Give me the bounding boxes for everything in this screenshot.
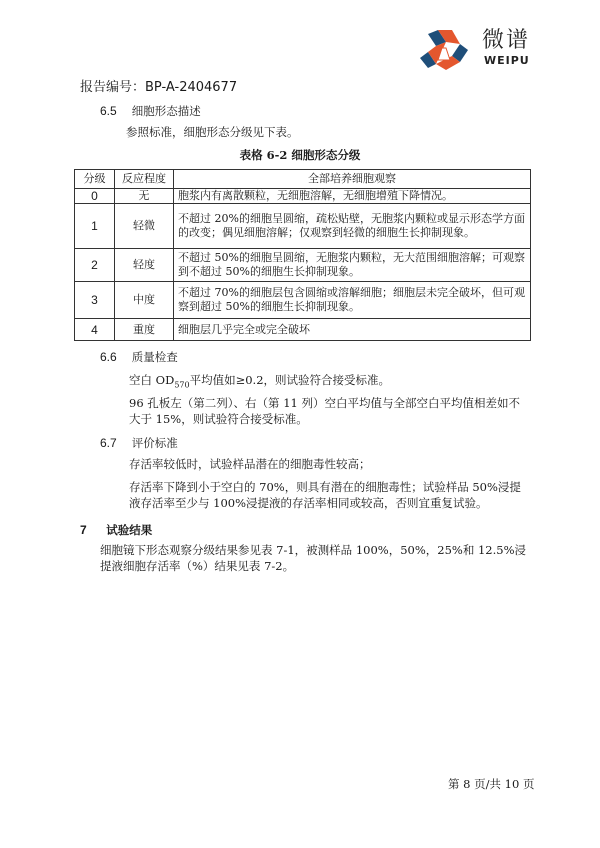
od-criterion: 平均值如≥0.2，则试验符合接受标准。: [190, 373, 390, 387]
reaction-cell: 轻度: [115, 249, 174, 282]
section-number: 6.5: [100, 104, 117, 118]
section-number: 7: [80, 523, 87, 537]
table-row: 4 重度 细胞层几乎完全或完全破坏: [75, 319, 531, 341]
grade-cell: 2: [75, 249, 115, 282]
section-6-6-para-2: 96 孔板左（第二列）、右（第 11 列）空白平均值与全部空白平均值相差如不大于…: [129, 395, 531, 427]
report-number-value: BP-A-2404677: [145, 80, 237, 95]
table-row: 2 轻度 不超过 50%的细胞呈圆缩，无胞浆内颗粒，无大范围细胞溶解；可观察到不…: [75, 249, 531, 282]
table-row: 0 无 胞浆内有离散颗粒，无细胞溶解，无细胞增殖下降情况。: [75, 189, 531, 204]
section-6-6-heading: 6.6 质量检查: [100, 346, 178, 365]
od-subscript: 570: [174, 380, 189, 389]
cell-morphology-grade-table: 分级 反应程度 全部培养细胞观察 0 无 胞浆内有离散颗粒，无细胞溶解，无细胞增…: [74, 169, 531, 341]
table-title-text: 表格 6-2 细胞形态分级: [240, 148, 361, 162]
company-logo: 微谱 WEIPU: [416, 28, 556, 72]
section-title: 试验结果: [106, 523, 152, 537]
weipu-logo-icon: [416, 28, 476, 72]
report-number-line: 报告编号：BP-A-2404677: [80, 76, 237, 95]
section-6-6-para-1: 空白 OD570平均值如≥0.2，则试验符合接受标准。: [129, 372, 390, 389]
logo-text-cn: 微谱: [482, 28, 530, 54]
reaction-cell: 无: [115, 189, 174, 204]
observation-cell: 细胞层几乎完全或完全破坏: [174, 319, 531, 341]
header-observation: 全部培养细胞观察: [174, 170, 531, 189]
section-6-7-heading: 6.7 评价标准: [100, 432, 178, 451]
table-title: 表格 6-2 细胞形态分级: [0, 147, 600, 163]
observation-cell: 不超过 20%的细胞呈圆缩，疏松贴壁，无胞浆内颗粒或显示形态学方面的改变；偶见细…: [174, 204, 531, 249]
grade-cell: 1: [75, 204, 115, 249]
section-7-para-1: 细胞镜下形态观察分级结果参见表 7-1，被测样品 100%，50%，25%和 1…: [100, 542, 532, 574]
grade-cell: 4: [75, 319, 115, 341]
header-reaction: 反应程度: [115, 170, 174, 189]
observation-cell: 不超过 50%的细胞呈圆缩，无胞浆内颗粒，无大范围细胞溶解；可观察到不超过 50…: [174, 249, 531, 282]
section-6-7-para-1: 存活率较低时，试验样品潜在的细胞毒性较高；: [129, 456, 371, 472]
report-number-label: 报告编号：: [80, 80, 145, 95]
grade-cell: 0: [75, 189, 115, 204]
section-6-5-text: 参照标准，细胞形态分级见下表。: [126, 124, 299, 140]
reaction-cell: 重度: [115, 319, 174, 341]
observation-cell: 胞浆内有离散颗粒，无细胞溶解，无细胞增殖下降情况。: [174, 189, 531, 204]
section-title: 质量检查: [132, 350, 178, 364]
header-grade: 分级: [75, 170, 115, 189]
logo-text-en: WEIPU: [484, 54, 530, 67]
page-number: 第 8 页/共 10 页: [448, 776, 534, 792]
section-6-5-heading: 6.5 细胞形态描述: [100, 100, 201, 119]
table-header-row: 分级 反应程度 全部培养细胞观察: [75, 170, 531, 189]
section-title: 细胞形态描述: [132, 104, 201, 118]
table-row: 3 中度 不超过 70%的细胞层包含圆缩或溶解细胞；细胞层未完全破坏，但可观察到…: [75, 282, 531, 319]
section-title: 评价标准: [132, 436, 178, 450]
table-row: 1 轻微 不超过 20%的细胞呈圆缩，疏松贴壁，无胞浆内颗粒或显示形态学方面的改…: [75, 204, 531, 249]
grade-cell: 3: [75, 282, 115, 319]
section-7-heading: 7 试验结果: [80, 519, 152, 538]
observation-cell: 不超过 70%的细胞层包含圆缩或溶解细胞；细胞层未完全破坏，但可观察到超过 50…: [174, 282, 531, 319]
section-6-7-para-2: 存活率下降到小于空白的 70%，则具有潜在的细胞毒性；试验样品 50%浸提液存活…: [129, 479, 531, 511]
reaction-cell: 中度: [115, 282, 174, 319]
section-number: 6.6: [100, 350, 117, 364]
reaction-cell: 轻微: [115, 204, 174, 249]
od-label: 空白 OD: [129, 373, 174, 387]
section-number: 6.7: [100, 436, 117, 450]
